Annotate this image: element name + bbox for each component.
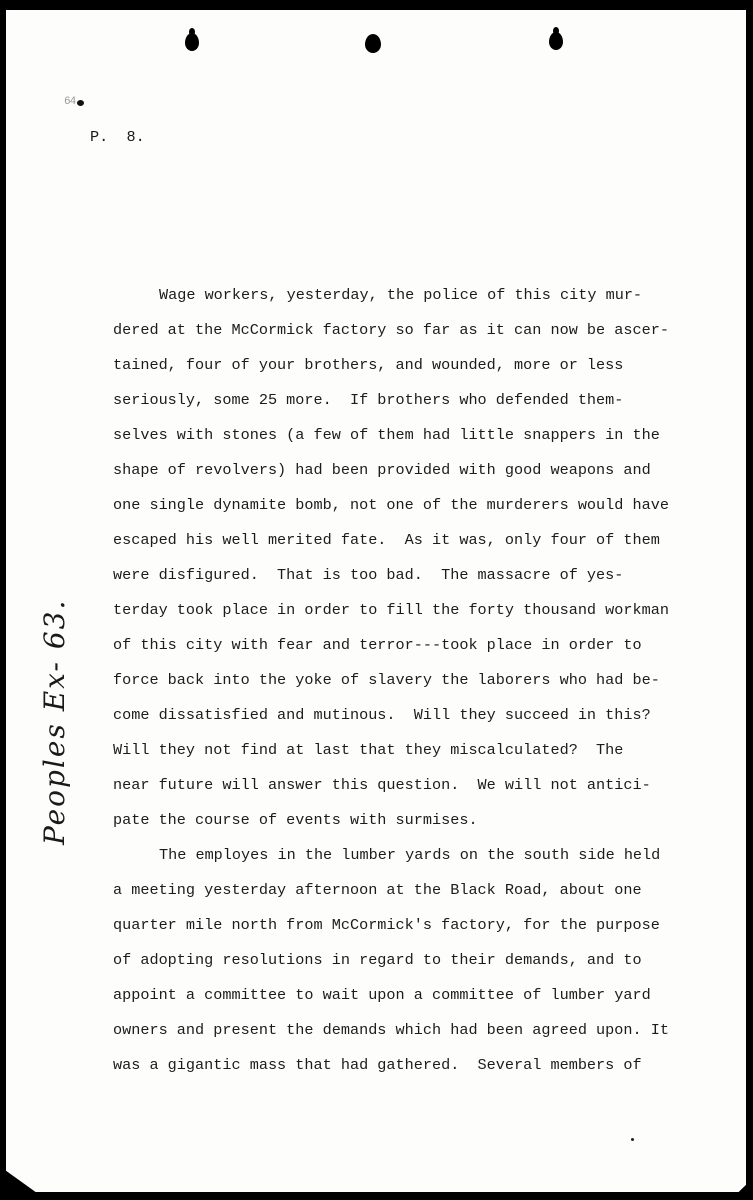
text-line: was a gigantic mass that had gathered. S… — [113, 1048, 733, 1083]
text-line: one single dynamite bomb, not one of the… — [113, 488, 733, 523]
text-line: appoint a committee to wait upon a commi… — [113, 978, 733, 1013]
text-line: owners and present the demands which had… — [113, 1013, 733, 1048]
text-line: near future will answer this question. W… — [113, 768, 733, 803]
text-line: come dissatisfied and mutinous. Will the… — [113, 698, 733, 733]
text-line: seriously, some 25 more. If brothers who… — [113, 383, 733, 418]
ink-blot-icon — [77, 100, 84, 106]
text-line: of adopting resolutions in regard to the… — [113, 943, 733, 978]
text-line: The employes in the lumber yards on the … — [113, 838, 733, 873]
handwritten-exhibit-annotation: Peoples Ex- 63. — [38, 599, 71, 845]
punch-hole-right-icon — [549, 32, 563, 50]
text-line: selves with stones (a few of them had li… — [113, 418, 733, 453]
text-line: force back into the yoke of slavery the … — [113, 663, 733, 698]
archive-stamp: 64 — [64, 96, 75, 108]
text-line: quarter mile north from McCormick's fact… — [113, 908, 733, 943]
text-line: were disfigured. That is too bad. The ma… — [113, 558, 733, 593]
page-number: P. 8. — [90, 128, 145, 146]
document-body: Wage workers, yesterday, the police of t… — [113, 278, 733, 1083]
paragraph-2: The employes in the lumber yards on the … — [113, 838, 733, 1083]
text-line: tained, four of your brothers, and wound… — [113, 348, 733, 383]
punch-hole-center-icon — [365, 34, 381, 53]
text-line: terday took place in order to fill the f… — [113, 593, 733, 628]
document-page: 64 P. 8. Peoples Ex- 63. Wage workers, y… — [6, 10, 746, 1192]
text-line: pate the course of events with surmises. — [113, 803, 733, 838]
text-line: shape of revolvers) had been provided wi… — [113, 453, 733, 488]
text-line: a meeting yesterday afternoon at the Bla… — [113, 873, 733, 908]
text-line: dered at the McCormick factory so far as… — [113, 313, 733, 348]
ink-speck-icon — [631, 1138, 634, 1141]
text-line: escaped his well merited fate. As it was… — [113, 523, 733, 558]
paragraph-1: Wage workers, yesterday, the police of t… — [113, 278, 733, 838]
text-line: Wage workers, yesterday, the police of t… — [113, 278, 733, 313]
punch-hole-left-icon — [185, 33, 199, 51]
text-line: Will they not find at last that they mis… — [113, 733, 733, 768]
text-line: of this city with fear and terror---took… — [113, 628, 733, 663]
